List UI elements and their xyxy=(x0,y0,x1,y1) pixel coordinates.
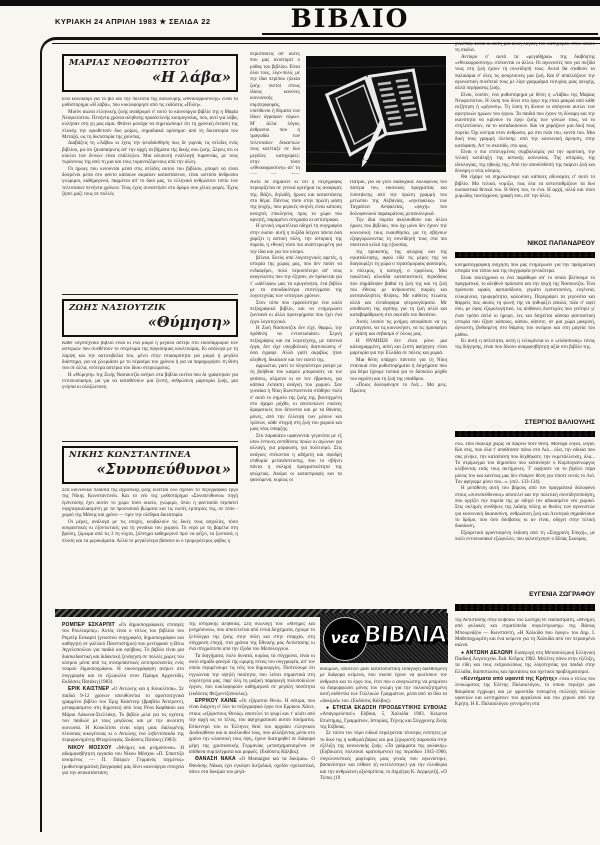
text-beside-photo: περιστάσεις απ' αυτές που μας ανιστορεί … xyxy=(250,52,300,174)
new-books-column-2: της ιστορικής αλήθειας. Στη συλλογή του:… xyxy=(189,622,315,832)
review3-signature: ΕΥΓΕΝΙΑ ΖΩΓΡΑΦΟΥ xyxy=(455,591,600,598)
nea-logo-circle: νεα xyxy=(323,617,367,661)
review3-intro-text: Στα κοινωνικά πλαίσια της αγροτικής ζωής… xyxy=(62,488,238,607)
column-divider-rule xyxy=(62,441,238,442)
middle-column-2-text: Αυτό δε σημαίνει κι ότι η πεζογράφος περ… xyxy=(250,180,342,607)
new-books-column-1: ΡΟΜΠΕΡ ΕΣΚΑΡΠΙΤ «Οι δημοσιογραφικές επιτ… xyxy=(62,622,184,814)
review2-author: ΖΩΗΣ ΝΑΣΙΟΥΤΖΙΚ xyxy=(69,303,231,313)
review2-intro-text: Κάθε λογοτεχνικό βιβλίο είναι κι ένα μικ… xyxy=(62,341,238,437)
dateline: ΚΥΡΙΑΚΗ 24 ΑΠΡΙΛΗ 1983 ★ ΣΕΛΙΔΑ 22 xyxy=(55,17,210,26)
hatched-divider xyxy=(455,252,595,258)
review2-signature: ΣΤΕΡΓΙΟΣ ΒΑΛΙΟΥΛΗΣ xyxy=(455,419,600,426)
masthead-underline xyxy=(262,33,598,35)
open-book-illustration xyxy=(306,56,446,172)
review1-title: «Η λάβα» xyxy=(69,69,231,86)
review2-header-box: ΖΩΗΣ ΝΑΣΙΟΥΤΖΙΚ «Θύμηση» xyxy=(62,299,238,337)
review1-closing-text: χνώντας. Είναι κι αυτή μια άλλη λογική τ… xyxy=(455,42,595,240)
review3-title: «Συνυπεύθυνοι» xyxy=(69,461,231,478)
open-book-photo xyxy=(306,56,446,172)
hatched-divider xyxy=(455,431,595,437)
review3-author: ΝΙΚΗΣ ΚΩΝΣΤΑΝΤΙΝΕΑ xyxy=(69,450,231,460)
review1-signature: ΝΙΚΟΣ ΠΑΠΑΝΔΡΕΟΥ xyxy=(455,240,600,247)
column-divider-rule xyxy=(62,294,238,295)
nea-biblia-logo: νεα ΒΙΒΛΙΑ xyxy=(320,613,448,663)
biblia-logo-text: ΒΙΒΛΙΑ xyxy=(363,622,447,648)
review3-header-box: ΝΙΚΗΣ ΚΩΝΣΤΑΝΤΙΝΕΑ «Συνυπεύθυνοι» xyxy=(62,446,238,484)
new-books-column-3: δοκιμίων, αποτελεί μιαν κατατοπιστική ει… xyxy=(320,667,447,809)
new-books-column-4: της Αντίστασης στην Εύβοια» του Σωτήρη Θ… xyxy=(455,618,595,814)
middle-column-3-text: Πατρίκ, για να γίνει διαδοχικά: δολοφόνο… xyxy=(350,180,447,607)
review2-closing-text: κινηματογραφική διήγηση που μας ενημερών… xyxy=(455,263,595,418)
review1-author: ΜΑΡΙΑΣ ΝΕΟΦΩΤΙΣΤΟΥ xyxy=(69,58,231,68)
review3-closing-text: ενώ. Που σκάλιζα χωρίς να παίρνω ποτέ θέ… xyxy=(455,442,595,590)
newspaper-page: ΚΥΡΙΑΚΗ 24 ΑΠΡΙΛΗ 1983 ★ ΣΕΛΙΔΑ 22 ΒΙΒΛΙ… xyxy=(0,0,600,845)
masthead-title: ΒΙΒΛΙΟ xyxy=(252,4,448,33)
review1-header-box: ΜΑΡΙΑΣ ΝΕΟΦΩΤΙΣΤΟΥ «Η λάβα» xyxy=(62,54,238,92)
hatched-divider xyxy=(455,604,595,611)
review1-intro-text: Ενα καλοκαίρι για το βίο και την πολιτεί… xyxy=(62,97,238,291)
review2-title: «Θύμηση» xyxy=(69,314,231,331)
